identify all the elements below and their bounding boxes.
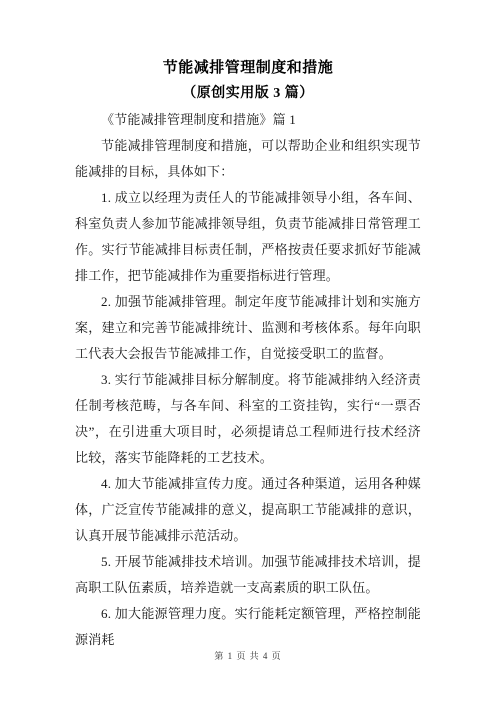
- paragraph: 3. 实行节能减排目标分解制度。将节能减排纳入经济责任制考核范畴，与各车间、科室…: [75, 367, 421, 471]
- paragraph: 2. 加强节能减排管理。制定年度节能减排计划和实施方案，建立和完善节能减排统计、…: [75, 289, 421, 367]
- paragraph: 1. 成立以经理为责任人的节能减排领导小组，各车间、科室负责人参加节能减排领导组…: [75, 185, 421, 289]
- page-number-footer: 第 1 页 共 4 页: [0, 649, 496, 662]
- document-subtitle: （原创实用版 3 篇）: [75, 81, 421, 107]
- paragraph: 4. 加大节能减排宣传力度。通过各种渠道，运用各种媒体，广泛宣传节能减排的意义，…: [75, 471, 421, 549]
- document-page: 节能减排管理制度和措施 （原创实用版 3 篇） 《节能减排管理制度和措施》篇 1…: [0, 0, 496, 702]
- paragraph: 《节能减排管理制度和措施》篇 1: [75, 107, 421, 133]
- document-title: 节能减排管理制度和措施: [75, 55, 421, 81]
- paragraph: 节能减排管理制度和措施，可以帮助企业和组织实现节能减排的目标，具体如下：: [75, 133, 421, 185]
- document-body: 《节能减排管理制度和措施》篇 1 节能减排管理制度和措施，可以帮助企业和组织实现…: [75, 107, 421, 653]
- paragraph: 6. 加大能源管理力度。实行能耗定额管理，严格控制能源消耗: [75, 601, 421, 653]
- paragraph: 5. 开展节能减排技术培训。加强节能减排技术培训，提高职工队伍素质，培养造就一支…: [75, 549, 421, 601]
